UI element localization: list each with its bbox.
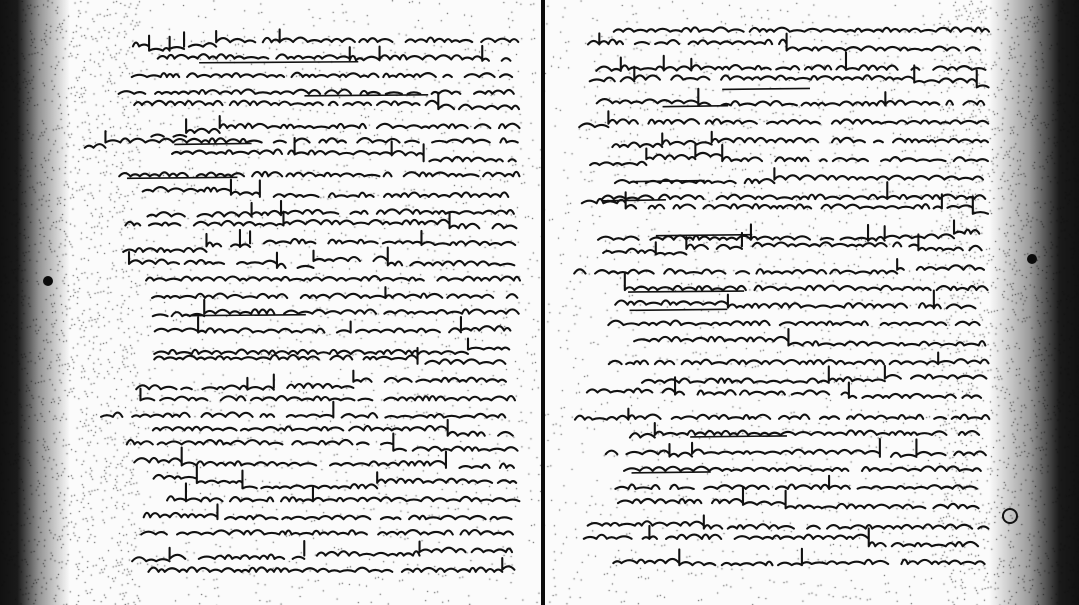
- handwritten-line: [129, 248, 514, 268]
- handwritten-line: [151, 116, 519, 137]
- handwritten-line: [609, 353, 989, 365]
- handwritten-line: [130, 530, 513, 534]
- strikethrough-mark: [656, 235, 752, 236]
- handwritten-line: [579, 111, 988, 127]
- handwritten-line: [119, 89, 514, 93]
- strikethrough-mark: [304, 95, 428, 96]
- left-scan-shadow: [0, 0, 70, 605]
- handwritten-line: [598, 220, 979, 240]
- handwritten-line: [101, 402, 505, 418]
- handwritten-line: [608, 27, 989, 31]
- handwritten-line: [153, 420, 513, 436]
- handwritten-line: [126, 448, 514, 468]
- handwritten-line: [574, 259, 984, 273]
- handwritten-line: [154, 339, 509, 354]
- handwritten-line: [584, 526, 978, 546]
- handwritten-line: [148, 201, 514, 217]
- handwritten-line: [618, 487, 979, 508]
- strikethrough-mark: [636, 181, 705, 182]
- margin-circle-mark-icon: [1002, 508, 1018, 524]
- handwritten-line: [642, 366, 986, 383]
- handwritten-line: [590, 145, 988, 166]
- handwritten-line: [144, 300, 519, 316]
- handwritten-line: [85, 131, 518, 148]
- strikethrough-mark: [722, 88, 810, 89]
- handwritten-line: [608, 321, 979, 325]
- handwritten-line: [575, 409, 989, 420]
- right-binding-hole-icon: [1027, 254, 1037, 264]
- strikethrough-mark: [630, 309, 728, 310]
- handwritten-line: [602, 182, 985, 199]
- left-binding-hole-icon: [43, 276, 53, 286]
- strikethrough-mark: [632, 472, 711, 473]
- handwritten-line: [158, 46, 511, 61]
- handwritten-line: [596, 52, 985, 70]
- handwritten-line: [123, 230, 515, 252]
- handwritten-line: [133, 29, 518, 50]
- handwritten-line: [613, 549, 984, 565]
- handwritten-line: [615, 291, 975, 309]
- handwritten-line: [615, 476, 976, 489]
- handwritten-line: [588, 515, 989, 528]
- handwritten-line: [146, 276, 520, 280]
- manuscript-spread: ח'ק ו'ה: [0, 0, 1079, 605]
- strikethrough-mark: [127, 177, 237, 178]
- handwritten-line: [143, 180, 509, 197]
- handwritten-line: [597, 89, 984, 106]
- handwritten-line: [136, 371, 506, 390]
- handwritten-line: [119, 172, 519, 176]
- book-gutter: [541, 0, 545, 605]
- strikethrough-mark: [663, 106, 729, 107]
- handwritten-line: [152, 287, 517, 298]
- handwritten-line: [144, 504, 512, 519]
- handwritten-line: [588, 33, 980, 50]
- strikethrough-mark: [690, 436, 787, 437]
- handwritten-line: [140, 389, 515, 404]
- handwritten-line: [127, 434, 518, 451]
- handwritten-line: [154, 466, 517, 488]
- handwritten-line: [132, 541, 512, 561]
- strikethrough-mark: [187, 315, 305, 316]
- handwritten-line: [606, 439, 986, 457]
- handwritten-line: [625, 274, 988, 290]
- handwriting-lines: [0, 0, 1079, 605]
- handwritten-line: [148, 558, 514, 572]
- strikethrough-mark: [199, 62, 358, 63]
- handwritten-line: [612, 132, 988, 147]
- handwritten-line: [630, 423, 979, 438]
- handwritten-line: [147, 317, 511, 332]
- handwritten-line: [634, 329, 985, 345]
- strikethrough-mark: [174, 143, 251, 144]
- handwritten-line: [624, 466, 981, 470]
- handwritten-line: [132, 73, 512, 77]
- strikethrough-mark: [628, 291, 744, 292]
